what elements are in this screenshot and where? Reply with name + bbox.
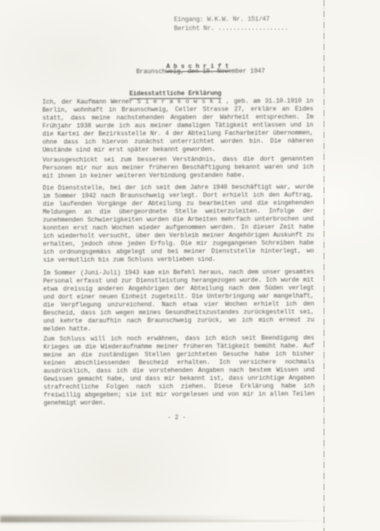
scanned-document-page: Eingang: W.K.W. Nr. 151/47 Bericht Nr. .…	[0, 0, 380, 531]
page-number: - 2 -	[1, 413, 353, 423]
paragraph-5: Zum Schluss will ich noch erwähnen, dass…	[43, 334, 314, 407]
page-bottom-edge	[0, 520, 330, 522]
paragraph-1: Ich, der Kaufmann Werner S i e r a k o w…	[42, 97, 313, 154]
paragraph-3: Die Dienststelle, bei der ich seit dem J…	[43, 183, 314, 264]
document-content: Eingang: W.K.W. Nr. 151/47 Bericht Nr. .…	[0, 0, 380, 531]
place-date-line: Braunschweig, den 18. November 1947	[136, 68, 265, 77]
paragraph-4: Im Sommer (Juni-Juli) 1943 kam ein Befeh…	[43, 268, 314, 333]
stamp-report-number: Bericht Nr. ...................	[174, 25, 288, 33]
paragraph-2: Vorausgeschickt sei zum besseren Verstän…	[43, 155, 314, 180]
stamp-entry-number: Eingang: W.K.W. Nr. 151/47	[174, 16, 270, 24]
